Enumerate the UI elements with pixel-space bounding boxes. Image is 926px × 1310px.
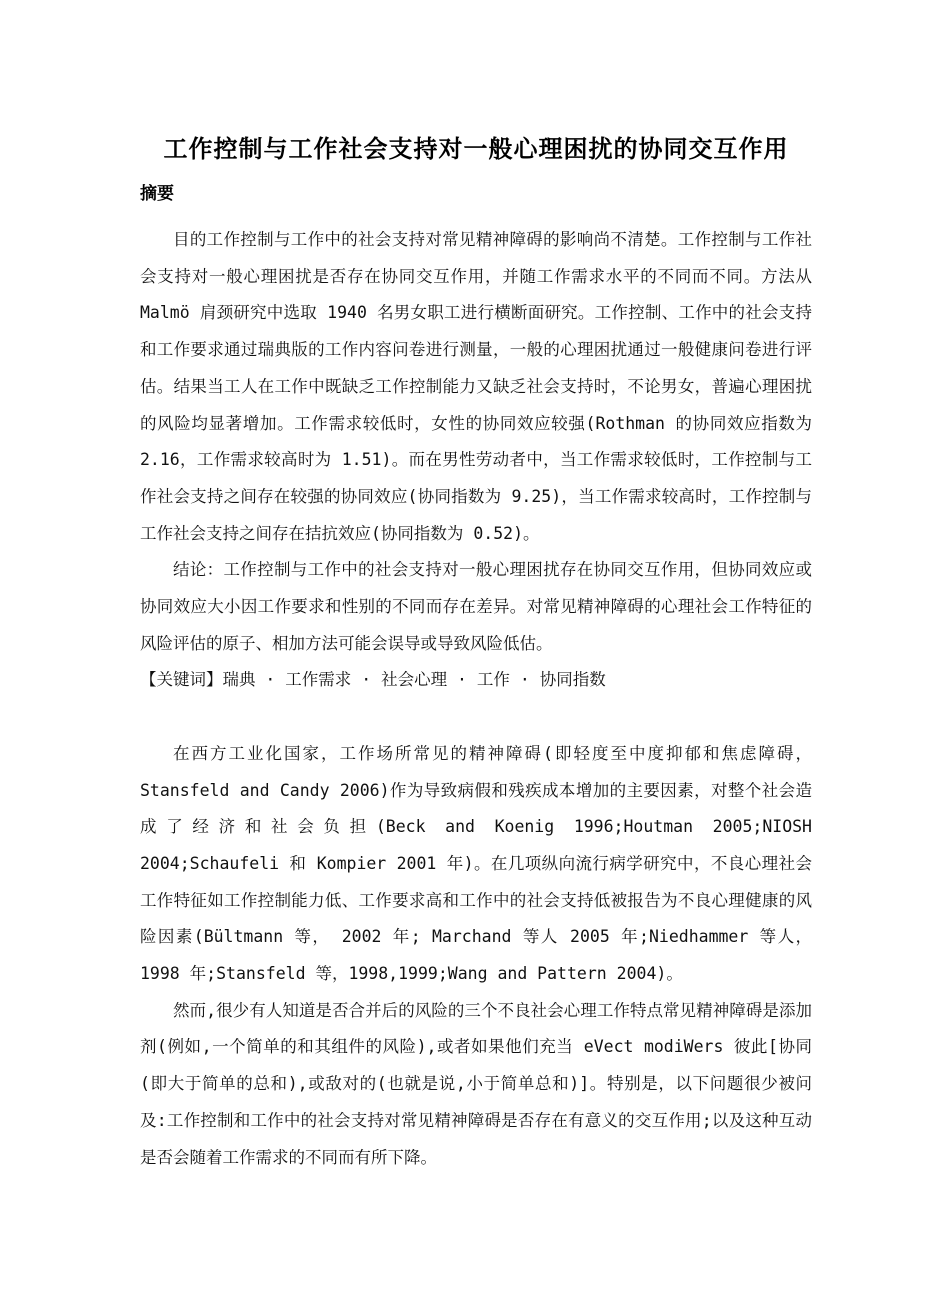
abstract-paragraph-conclusion: 结论：工作控制与工作中的社会支持对一般心理困扰存在协同交互作用，但协同效应或协同… <box>140 552 812 662</box>
document-title: 工作控制与工作社会支持对一般心理困扰的协同交互作用 <box>140 130 812 168</box>
abstract-heading: 摘要 <box>140 180 812 208</box>
document-page: 工作控制与工作社会支持对一般心理困扰的协同交互作用 摘要 目的工作控制与工作中的… <box>0 0 926 1310</box>
keywords-line: 【关键词】瑞典 · 工作需求 · 社会心理 · 工作 · 协同指数 <box>140 662 812 699</box>
intro-paragraph-1: 在西方工业化国家，工作场所常见的精神障碍(即轻度至中度抑郁和焦虑障碍，Stans… <box>140 736 812 993</box>
intro-paragraph-2: 然而,很少有人知道是否合并后的风险的三个不良社会心理工作特点常见精神障碍是添加剂… <box>140 993 812 1177</box>
abstract-paragraph-objective-methods-results: 目的工作控制与工作中的社会支持对常见精神障碍的影响尚不清楚。工作控制与工作社会支… <box>140 222 812 552</box>
